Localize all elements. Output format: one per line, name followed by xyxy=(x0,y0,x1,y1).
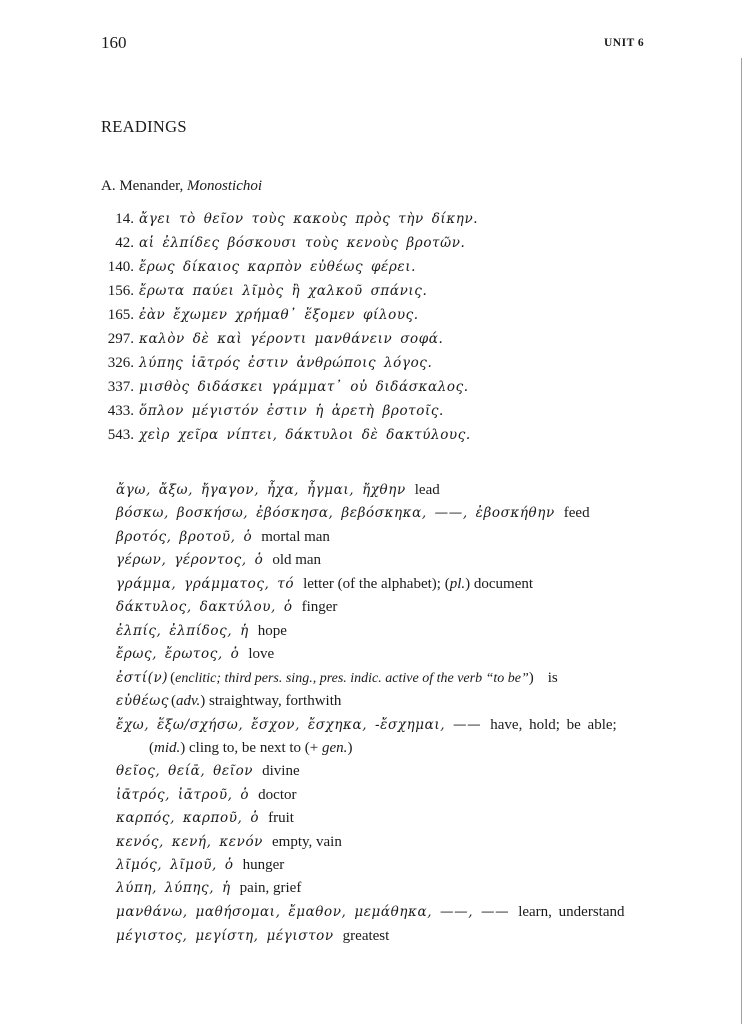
vocab-pos: (adv.) xyxy=(171,693,205,709)
grammar-note: enclitic; third pers. sing., pres. indic… xyxy=(175,671,529,686)
vocab-greek: ἔχω, ἕξω/σχήσω, ἔσχον, ἔσχηκα, -ἔσχημαι,… xyxy=(116,717,481,733)
vocab-greek: δάκτυλος, δακτύλου, ὁ xyxy=(116,599,293,615)
vocab-gloss: old man xyxy=(272,552,321,568)
vocab-entry-continuation: (mid.) cling to, be next to (+ gen.) xyxy=(116,740,352,757)
greek-verse: λύπης ἰᾱτρός ἐστιν ἀνθρώποις λόγος. xyxy=(139,355,432,371)
vocab-entry: γέρων, γέροντος, ὁold man xyxy=(116,552,321,569)
vocab-gloss: is xyxy=(548,670,558,686)
greek-verse: χεὶρ χεῖρα νίπτει, δάκτυλοι δὲ δακτύλους… xyxy=(139,427,471,443)
vocab-greek: ἰᾱτρός, ἰᾱτροῦ, ὁ xyxy=(116,787,249,803)
line-number: 140. xyxy=(101,259,134,276)
greek-verse: αἱ ἐλπίδες βόσκουσι τοὺς κενοὺς βροτῶν. xyxy=(139,235,465,251)
line-number: 326. xyxy=(101,355,134,372)
vocab-greek: μέγιστος, μεγίστη, μέγιστον xyxy=(116,928,334,944)
greek-verse: ἔρωτα παύει λῖμὸς ἢ χαλκοῦ σπάνις. xyxy=(139,283,427,299)
page-number: 160 xyxy=(101,33,127,53)
greek-verse: καλὸν δὲ καὶ γέροντι μανθάνειν σοφά. xyxy=(139,331,443,347)
vocab-entry: ἔρως, ἔρωτος, ὁlove xyxy=(116,646,274,663)
vocab-greek: βροτός, βροτοῦ, ὁ xyxy=(116,529,252,545)
subsection-label: A. Menander, xyxy=(101,178,187,194)
vocab-entry: δάκτυλος, δακτύλου, ὁfinger xyxy=(116,599,337,616)
vocab-entry: θεῖος, θείᾱ, θεῖονdivine xyxy=(116,763,300,780)
gloss-abbrev: pl. xyxy=(450,576,465,592)
vocab-entry: εὐθέως(adv.) straightway, forthwith xyxy=(116,693,341,710)
subsection-work-title: Monostichoi xyxy=(187,178,262,194)
vocab-note: (enclitic; third pers. sing., pres. indi… xyxy=(170,670,534,686)
vocab-entry: μέγιστος, μεγίστη, μέγιστονgreatest xyxy=(116,928,389,945)
vocab-continuation: (mid.) cling to, be next to (+ gen.) xyxy=(116,740,352,756)
line-number: 297. xyxy=(101,331,134,348)
vocab-greek: ἄγω, ἄξω, ἤγαγον, ἦχα, ἦγμαι, ἤχθην xyxy=(116,482,406,498)
vocab-gloss: empty, vain xyxy=(272,834,342,850)
line-number: 337. xyxy=(101,379,134,396)
vocab-entry: κενός, κενή, κενόνempty, vain xyxy=(116,834,342,851)
vocab-greek: λύπη, λύπης, ἡ xyxy=(116,880,231,896)
vocab-gloss: lead xyxy=(415,482,440,498)
line-number: 156. xyxy=(101,283,134,300)
vocab-entry: γράμμα, γράμματος, τόletter (of the alph… xyxy=(116,576,533,593)
paren: ) xyxy=(529,670,534,686)
line-number: 433. xyxy=(101,403,134,420)
vocab-gloss: hunger xyxy=(243,857,285,873)
line-number: 42. xyxy=(101,235,134,252)
vocab-gloss: fruit xyxy=(268,810,294,826)
vocab-entry: ἐστί(ν)(enclitic; third pers. sing., pre… xyxy=(116,670,558,687)
reading-line: 297.καλὸν δὲ καὶ γέροντι μανθάνειν σοφά. xyxy=(101,331,443,348)
book-page: 160 UNIT 6 READINGS A. Menander, Monosti… xyxy=(0,0,748,1024)
reading-line: 165.ἐὰν ἔχωμεν χρήμαθ᾽ ἕξομεν φίλους. xyxy=(101,307,419,324)
line-number: 14. xyxy=(101,211,134,228)
vocab-entry: ἄγω, ἄξω, ἤγαγον, ἦχα, ἦγμαι, ἤχθηνlead xyxy=(116,482,440,499)
gloss-text: letter (of the alphabet); ( xyxy=(303,576,450,592)
vocab-gloss: hope xyxy=(258,623,287,639)
part-of-speech: adv. xyxy=(176,693,200,709)
paren: ) xyxy=(347,740,352,756)
vocab-greek: ἐλπίς, ἐλπίδος, ἡ xyxy=(116,623,249,639)
vocab-entry: βόσκω, βοσκήσω, ἐβόσκησα, βεβόσκηκα, ——,… xyxy=(116,505,590,522)
vocab-gloss: have, hold; be able; xyxy=(490,717,616,733)
vocab-greek: μανθάνω, μαθήσομαι, ἔμαθον, μεμάθηκα, ——… xyxy=(116,904,509,920)
vocab-entry: λύπη, λύπης, ἡpain, grief xyxy=(116,880,301,897)
vocab-entry: λῖμός, λῖμοῦ, ὁhunger xyxy=(116,857,284,874)
vocab-greek: γράμμα, γράμματος, τό xyxy=(116,576,294,592)
vocab-gloss: pain, grief xyxy=(240,880,302,896)
vocab-gloss: greatest xyxy=(343,928,390,944)
greek-verse: μισθὸς διδάσκει γράμματ᾽ οὐ διδάσκαλος. xyxy=(139,379,469,395)
vocab-entry: μανθάνω, μαθήσομαι, ἔμαθον, μεμάθηκα, ——… xyxy=(116,904,625,921)
scan-edge-line xyxy=(741,58,742,1024)
reading-line: 156.ἔρωτα παύει λῖμὸς ἢ χαλκοῦ σπάνις. xyxy=(101,283,427,300)
vocab-greek: λῖμός, λῖμοῦ, ὁ xyxy=(116,857,234,873)
vocab-greek: θεῖος, θείᾱ, θεῖον xyxy=(116,763,253,779)
line-number: 543. xyxy=(101,427,134,444)
line-number: 165. xyxy=(101,307,134,324)
reading-line: 433.ὅπλον μέγιστόν ἐστιν ἡ ἀρετὴ βροτοῖς… xyxy=(101,403,444,420)
subsection-title: A. Menander, Monostichoi xyxy=(101,178,262,195)
vocab-gloss: doctor xyxy=(258,787,296,803)
vocab-greek: ἐστί(ν) xyxy=(116,670,168,686)
vocab-entry: ἐλπίς, ἐλπίδος, ἡhope xyxy=(116,623,287,640)
vocab-greek: γέρων, γέροντος, ὁ xyxy=(116,552,263,568)
section-title: READINGS xyxy=(101,117,187,137)
vocab-gloss: finger xyxy=(302,599,338,615)
vocab-gloss: love xyxy=(248,646,274,662)
running-head: UNIT 6 xyxy=(604,37,644,49)
vocab-entry: καρπός, καρποῦ, ὁfruit xyxy=(116,810,294,827)
reading-line: 326.λύπης ἰᾱτρός ἐστιν ἀνθρώποις λόγος. xyxy=(101,355,432,372)
vocab-gloss: feed xyxy=(564,505,590,521)
vocab-gloss: mortal man xyxy=(261,529,330,545)
vocab-greek: εὐθέως xyxy=(116,693,169,709)
vocab-gloss: letter (of the alphabet); (pl.) document xyxy=(303,576,533,592)
greek-verse: ἔρως δίκαιος καρπὸν εὐθέως φέρει. xyxy=(139,259,416,275)
vocab-greek: βόσκω, βοσκήσω, ἐβόσκησα, βεβόσκηκα, ——,… xyxy=(116,505,555,521)
reading-line: 543.χεὶρ χεῖρα νίπτει, δάκτυλοι δὲ δακτύ… xyxy=(101,427,471,444)
case-abbrev: gen. xyxy=(322,740,347,756)
vocab-gloss: divine xyxy=(262,763,300,779)
reading-line: 140.ἔρως δίκαιος καρπὸν εὐθέως φέρει. xyxy=(101,259,416,276)
reading-line: 14.ἄγει τὸ θεῖον τοὺς κακοὺς πρὸς τὴν δί… xyxy=(101,211,478,228)
vocab-greek: καρπός, καρποῦ, ὁ xyxy=(116,810,259,826)
reading-line: 337.μισθὸς διδάσκει γράμματ᾽ οὐ διδάσκαλ… xyxy=(101,379,469,396)
voice-abbrev: mid. xyxy=(154,740,180,756)
gloss-text: ) cling to, be next to (+ xyxy=(180,740,322,756)
greek-verse: ὅπλον μέγιστόν ἐστιν ἡ ἀρετὴ βροτοῖς. xyxy=(139,403,444,419)
vocab-greek: κενός, κενή, κενόν xyxy=(116,834,263,850)
gloss-text: ) document xyxy=(465,576,533,592)
vocab-entry: βροτός, βροτοῦ, ὁmortal man xyxy=(116,529,330,546)
vocab-greek: ἔρως, ἔρωτος, ὁ xyxy=(116,646,239,662)
vocab-entry: ἰᾱτρός, ἰᾱτροῦ, ὁdoctor xyxy=(116,787,296,804)
vocab-gloss: learn, understand xyxy=(518,904,624,920)
reading-line: 42.αἱ ἐλπίδες βόσκουσι τοὺς κενοὺς βροτῶ… xyxy=(101,235,465,252)
vocab-gloss: straightway, forthwith xyxy=(209,693,341,709)
vocab-entry: ἔχω, ἕξω/σχήσω, ἔσχον, ἔσχηκα, -ἔσχημαι,… xyxy=(116,717,617,734)
paren: ) xyxy=(200,693,205,709)
greek-verse: ἐὰν ἔχωμεν χρήμαθ᾽ ἕξομεν φίλους. xyxy=(139,307,419,323)
greek-verse: ἄγει τὸ θεῖον τοὺς κακοὺς πρὸς τὴν δίκην… xyxy=(139,211,478,227)
